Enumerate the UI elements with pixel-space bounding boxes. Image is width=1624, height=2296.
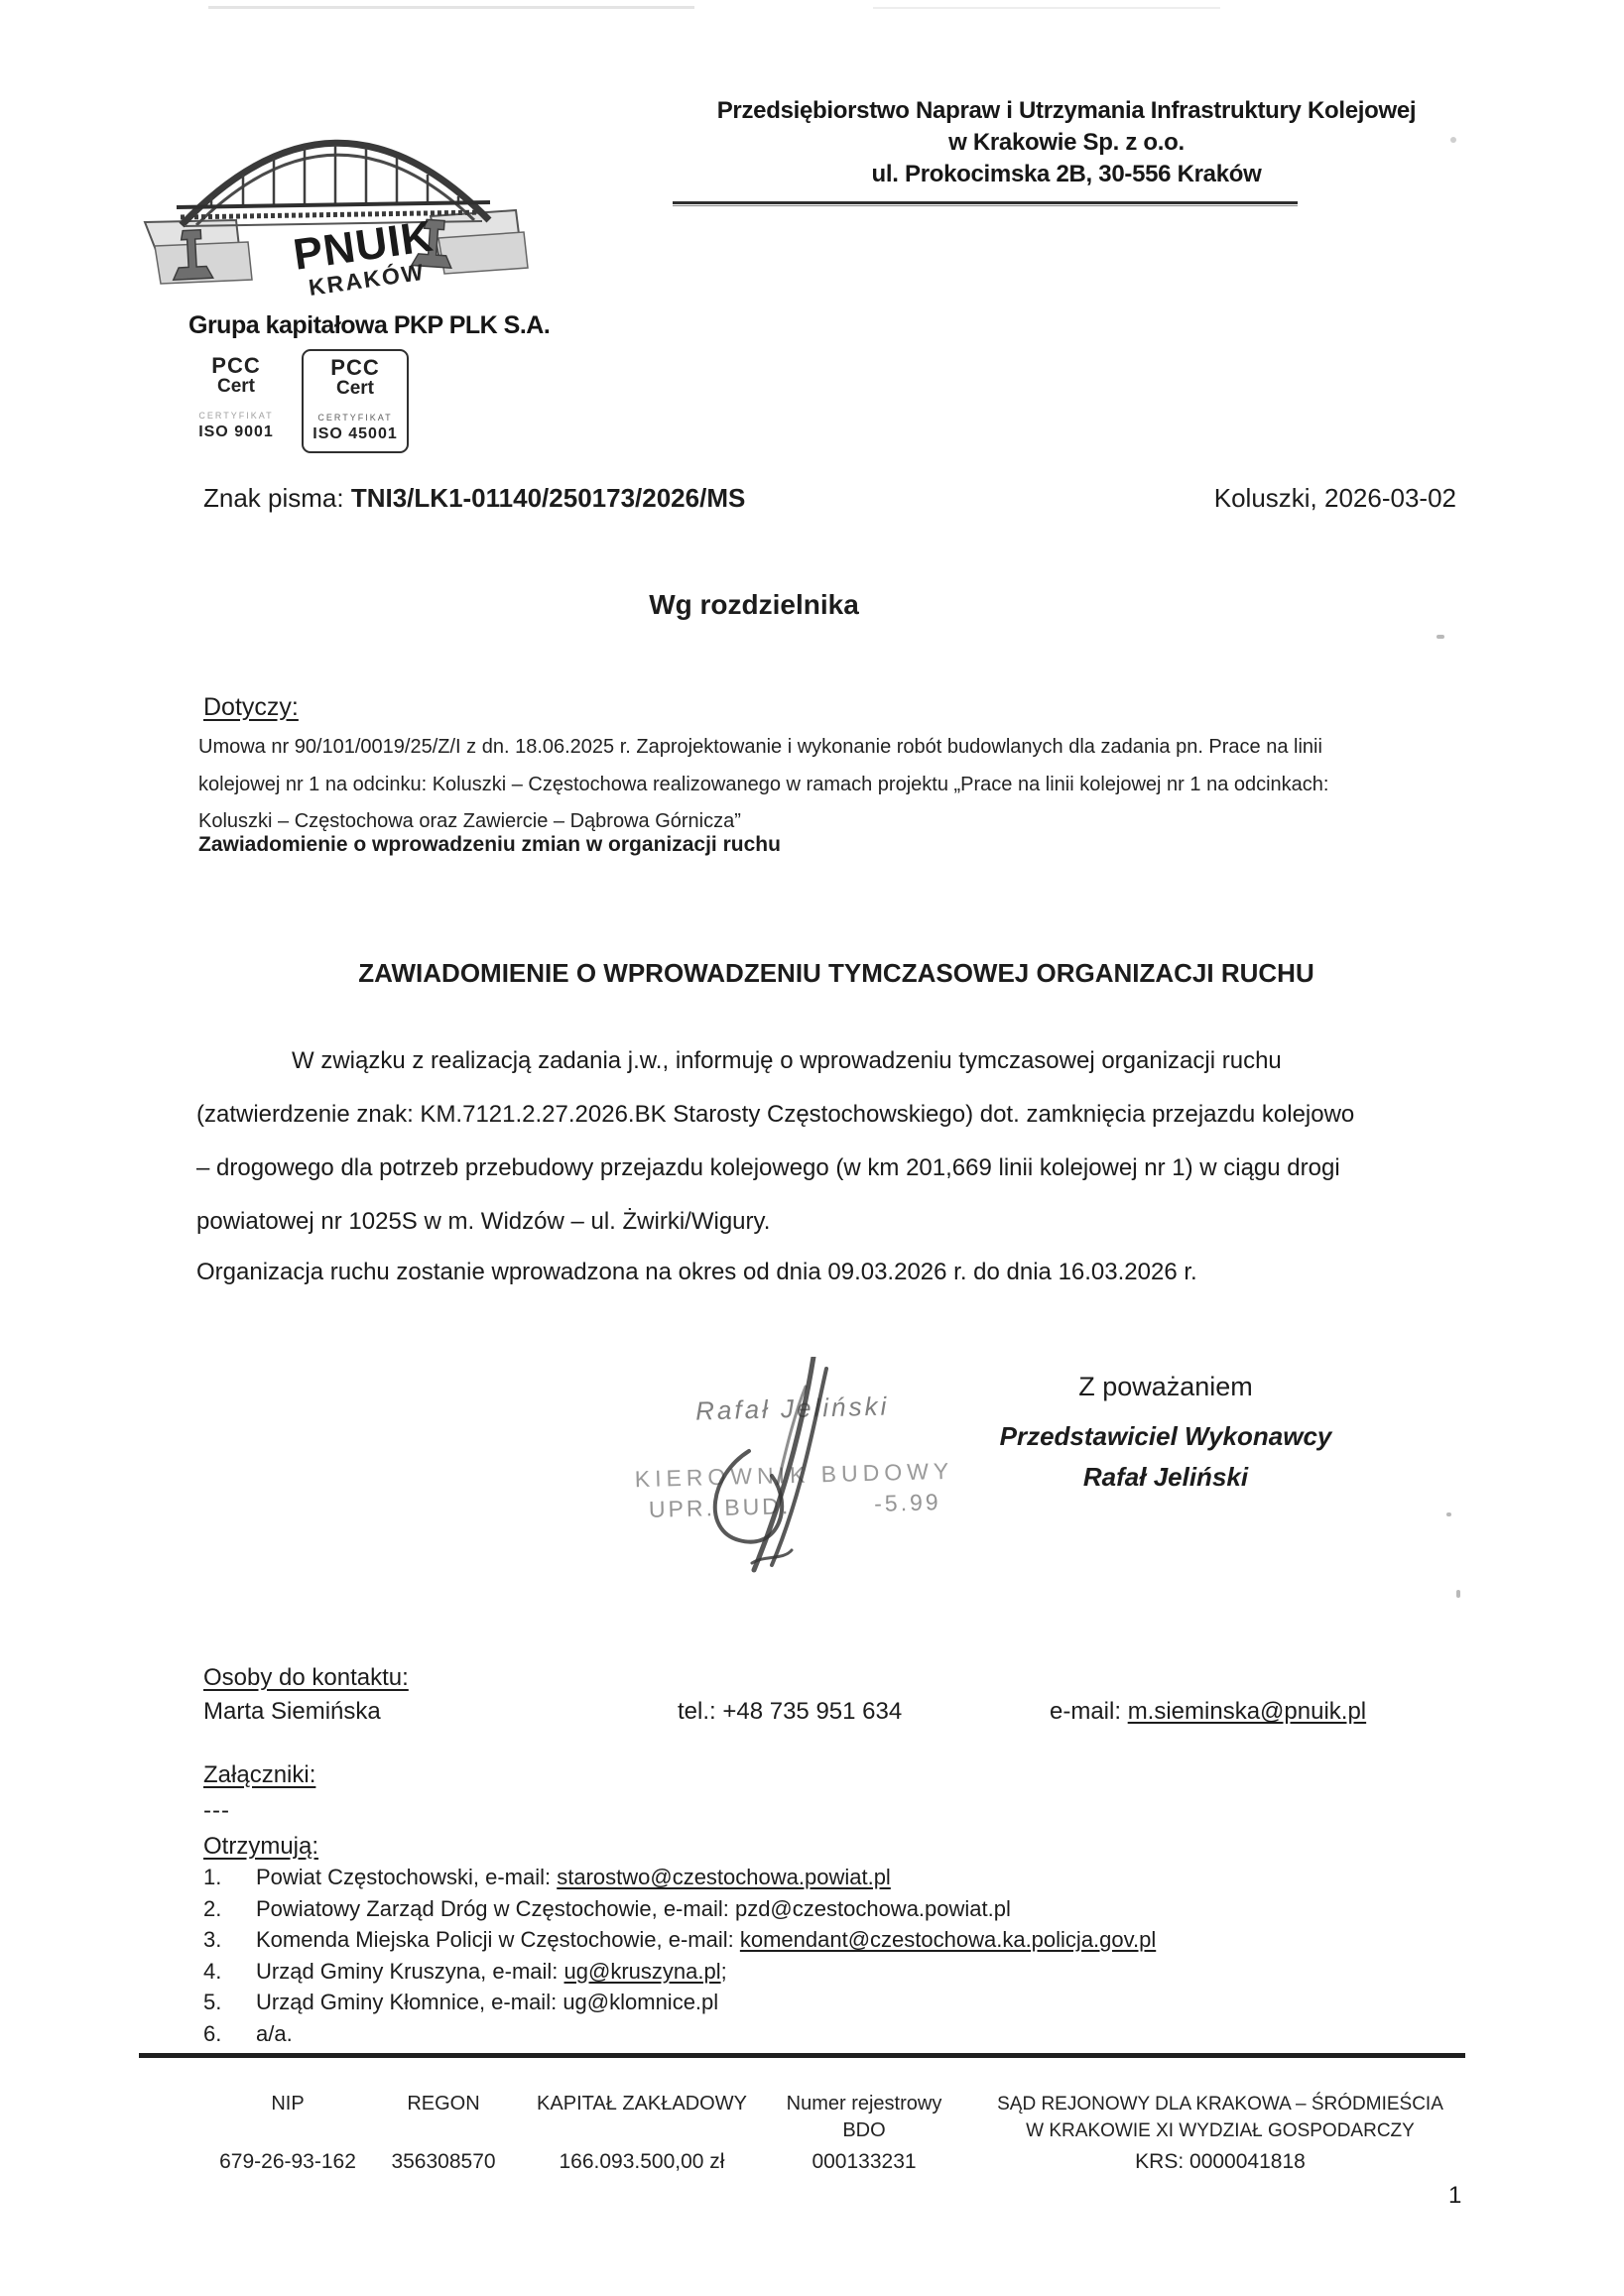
footer-header-regon: REGON bbox=[369, 2091, 518, 2117]
footer-header-capital: KAPITAŁ ZAKŁADOWY bbox=[523, 2091, 761, 2117]
footer-header-text: SĄD REJONOWY DLA KRAKOWA – ŚRÓDMIEŚCIA bbox=[977, 2091, 1463, 2117]
recipient-item: 3.Komenda Miejska Policji w Częstochowie… bbox=[203, 1927, 1493, 1953]
footer-value-regon: 356308570 bbox=[369, 2150, 518, 2174]
certificate-name: ISO 45001 bbox=[306, 425, 405, 443]
footer-header-bdo: Numer rejestrowy BDO bbox=[765, 2091, 963, 2144]
footer-value-bdo: 000133231 bbox=[765, 2150, 963, 2174]
recipient-text: Urząd Gminy Kruszyna, e-mail: bbox=[256, 1959, 564, 1984]
certificate-name: ISO 9001 bbox=[187, 423, 286, 441]
closing-phrase: Z poważaniem bbox=[952, 1372, 1379, 1402]
subject-text: Umowa nr 90/101/0019/25/Z/I z dn. 18.06.… bbox=[198, 729, 1498, 841]
capital-group-line: Grupa kapitałowa PKP PLK S.A. bbox=[188, 311, 550, 340]
pnuik-bridge-logo: PNUIK KRAKÓW bbox=[137, 71, 529, 298]
footer-header-court: SĄD REJONOWY DLA KRAKOWA – ŚRÓDMIEŚCIA W… bbox=[977, 2091, 1463, 2144]
recipient-item: 1.Powiat Częstochowski, e-mail: starostw… bbox=[203, 1865, 1493, 1890]
company-address-line: ul. Prokocimska 2B, 30-556 Kraków bbox=[675, 159, 1458, 190]
signer-role: Przedstawiciel Wykonawcy bbox=[952, 1421, 1379, 1452]
recipient-text: Powiat Częstochowski, e-mail: bbox=[256, 1865, 557, 1889]
recipient-suffix: ; bbox=[721, 1959, 727, 1984]
iso-45001-badge: PCC Cert CERTYFIKAT ISO 45001 bbox=[302, 349, 409, 453]
footer-value-capital: 166.093.500,00 zł bbox=[523, 2150, 761, 2174]
reference-label: Znak pisma: bbox=[203, 483, 344, 513]
body-line: (zatwierdzenie znak: KM.7121.2.27.2026.B… bbox=[196, 1088, 1506, 1142]
subject-line: kolejowej nr 1 na odcinku: Koluszki – Cz… bbox=[198, 767, 1498, 804]
attachments-value: --- bbox=[203, 1797, 230, 1825]
scan-artifact-line bbox=[873, 7, 1220, 9]
reference-number: Znak pisma: TNI3/LK1-01140/250173/2026/M… bbox=[203, 483, 745, 514]
recipient-text: a/a. bbox=[256, 2021, 293, 2046]
footer-value-text: KRS: 0000041818 bbox=[977, 2150, 1463, 2174]
recipient-number: 4. bbox=[203, 1959, 256, 1985]
footer-value-krs: KRS: 0000041818 bbox=[977, 2150, 1463, 2174]
footer-header-text: Numer rejestrowy bbox=[765, 2091, 963, 2117]
scan-artifact-speck bbox=[1446, 1512, 1451, 1516]
pcc-cert-logo-sub: Cert bbox=[306, 379, 405, 399]
subject-emphasis: Zawiadomienie o wprowadzeniu zmian w org… bbox=[198, 833, 781, 857]
recipient-text: Urząd Gminy Kłomnice, e-mail: bbox=[256, 1990, 562, 2014]
subject-line: Umowa nr 90/101/0019/25/Z/I z dn. 18.06.… bbox=[198, 729, 1498, 767]
contact-person: Marta Siemińska bbox=[203, 1698, 381, 1726]
recipient-item: 5.Urząd Gminy Kłomnice, e-mail: ug@klomn… bbox=[203, 1990, 1493, 2015]
body-line: – drogowego dla potrzeb przebudowy przej… bbox=[196, 1142, 1506, 1195]
scan-artifact-speck bbox=[1456, 1590, 1460, 1598]
recipient-email: ug@klomnice.pl bbox=[562, 1990, 718, 2014]
reference-value: TNI3/LK1-01140/250173/2026/MS bbox=[351, 483, 745, 513]
scan-artifact-speck bbox=[1437, 635, 1444, 639]
certificate-label: CERTYFIKAT bbox=[306, 413, 405, 423]
signer-name: Rafał Jeliński bbox=[952, 1462, 1379, 1493]
footer-value-nip: 679-26-93-162 bbox=[213, 2150, 362, 2174]
contact-email-address: m.sieminska@pnuik.pl bbox=[1128, 1698, 1366, 1725]
company-city-line: w Krakowie Sp. z o.o. bbox=[675, 127, 1458, 159]
iso-badges: PCC Cert CERTYFIKAT ISO 9001 PCC Cert CE… bbox=[185, 349, 409, 453]
stamp-license-number: -5.99 bbox=[874, 1489, 941, 1516]
pcc-cert-logo: PCC bbox=[306, 357, 405, 379]
recipient-number: 3. bbox=[203, 1927, 256, 1953]
notice-paragraph-2: Organizacja ruchu zostanie wprowadzona n… bbox=[196, 1259, 1197, 1286]
footer-header-nip: NIP bbox=[213, 2091, 362, 2117]
attachments-label: Załączniki: bbox=[203, 1761, 315, 1789]
recipient-item: 4.Urząd Gminy Kruszyna, e-mail: ug@krusz… bbox=[203, 1959, 1493, 1985]
iso-9001-badge: PCC Cert CERTYFIKAT ISO 9001 bbox=[185, 349, 288, 449]
contact-email-label: e-mail: bbox=[1050, 1698, 1121, 1725]
recipients-label: Otrzymują: bbox=[203, 1833, 318, 1861]
recipient-email: ug@kruszyna.pl bbox=[564, 1959, 721, 1984]
recipient-number: 5. bbox=[203, 1990, 256, 2015]
closing-block: Z poważaniem Przedstawiciel Wykonawcy Ra… bbox=[952, 1372, 1379, 1493]
bridge-logo-drawing: PNUIK KRAKÓW bbox=[137, 71, 529, 298]
pcc-cert-logo-sub: Cert bbox=[187, 377, 286, 397]
recipient-text: Powiatowy Zarząd Dróg w Częstochowie, e-… bbox=[256, 1896, 735, 1921]
footer-value-text: 679-26-93-162 bbox=[213, 2150, 362, 2174]
place-and-date: Koluszki, 2026-03-02 bbox=[1214, 483, 1456, 514]
recipient-number: 6. bbox=[203, 2021, 256, 2047]
recipient-number: 2. bbox=[203, 1896, 256, 1922]
recipient-item: 2.Powiatowy Zarząd Dróg w Częstochowie, … bbox=[203, 1896, 1493, 1922]
recipient-number: 1. bbox=[203, 1865, 256, 1890]
notice-title: ZAWIADOMIENIE O WPROWADZENIU TYMCZASOWEJ… bbox=[203, 958, 1469, 989]
recipient-email: komendant@czestochowa.ka.policja.gov.pl bbox=[740, 1927, 1156, 1952]
footer-rule bbox=[139, 2053, 1465, 2058]
scan-artifact-line bbox=[208, 6, 694, 9]
recipient-email: starostwo@czestochowa.powiat.pl bbox=[557, 1865, 891, 1889]
page-number: 1 bbox=[1448, 2182, 1461, 2210]
footer-header-text: KAPITAŁ ZAKŁADOWY bbox=[523, 2091, 761, 2117]
certificate-label: CERTYFIKAT bbox=[187, 411, 286, 422]
footer-value-text: 356308570 bbox=[369, 2150, 518, 2174]
footer-header-text: W KRAKOWIE XI WYDZIAŁ GOSPODARCZY bbox=[977, 2117, 1463, 2144]
subject-label: Dotyczy: bbox=[203, 693, 299, 722]
addressee-heading: Wg rozdzielnika bbox=[203, 589, 1305, 621]
footer-header-text: NIP bbox=[213, 2091, 362, 2117]
footer-header-text: REGON bbox=[369, 2091, 518, 2117]
header-rule bbox=[673, 201, 1298, 207]
recipient-email: pzd@czestochowa.powiat.pl bbox=[735, 1896, 1011, 1921]
contact-phone: tel.: +48 735 951 634 bbox=[678, 1698, 902, 1726]
recipient-text: Komenda Miejska Policji w Częstochowie, … bbox=[256, 1927, 740, 1952]
footer-header-text: BDO bbox=[765, 2117, 963, 2144]
notice-paragraph-1: W związku z realizacją zadania j.w., inf… bbox=[196, 1034, 1506, 1249]
company-header: Przedsiębiorstwo Napraw i Utrzymania Inf… bbox=[675, 95, 1458, 190]
body-line: W związku z realizacją zadania j.w., inf… bbox=[196, 1034, 1506, 1088]
reference-row: Znak pisma: TNI3/LK1-01140/250173/2026/M… bbox=[203, 483, 1456, 514]
handwritten-signature bbox=[694, 1357, 853, 1575]
company-name-line: Przedsiębiorstwo Napraw i Utrzymania Inf… bbox=[675, 95, 1458, 127]
recipient-item: 6.a/a. bbox=[203, 2021, 1493, 2047]
contacts-label: Osoby do kontaktu: bbox=[203, 1664, 409, 1692]
pcc-cert-logo: PCC bbox=[187, 355, 286, 377]
scanned-letter-page: PNUIK KRAKÓW Przedsiębiorstwo Napraw i U… bbox=[0, 0, 1624, 2296]
footer-value-text: 166.093.500,00 zł bbox=[523, 2150, 761, 2174]
body-line: powiatowej nr 1025S w m. Widzów – ul. Żw… bbox=[196, 1195, 1506, 1249]
footer-value-text: 000133231 bbox=[765, 2150, 963, 2174]
contact-email: e-mail: m.sieminska@pnuik.pl bbox=[1050, 1698, 1366, 1726]
